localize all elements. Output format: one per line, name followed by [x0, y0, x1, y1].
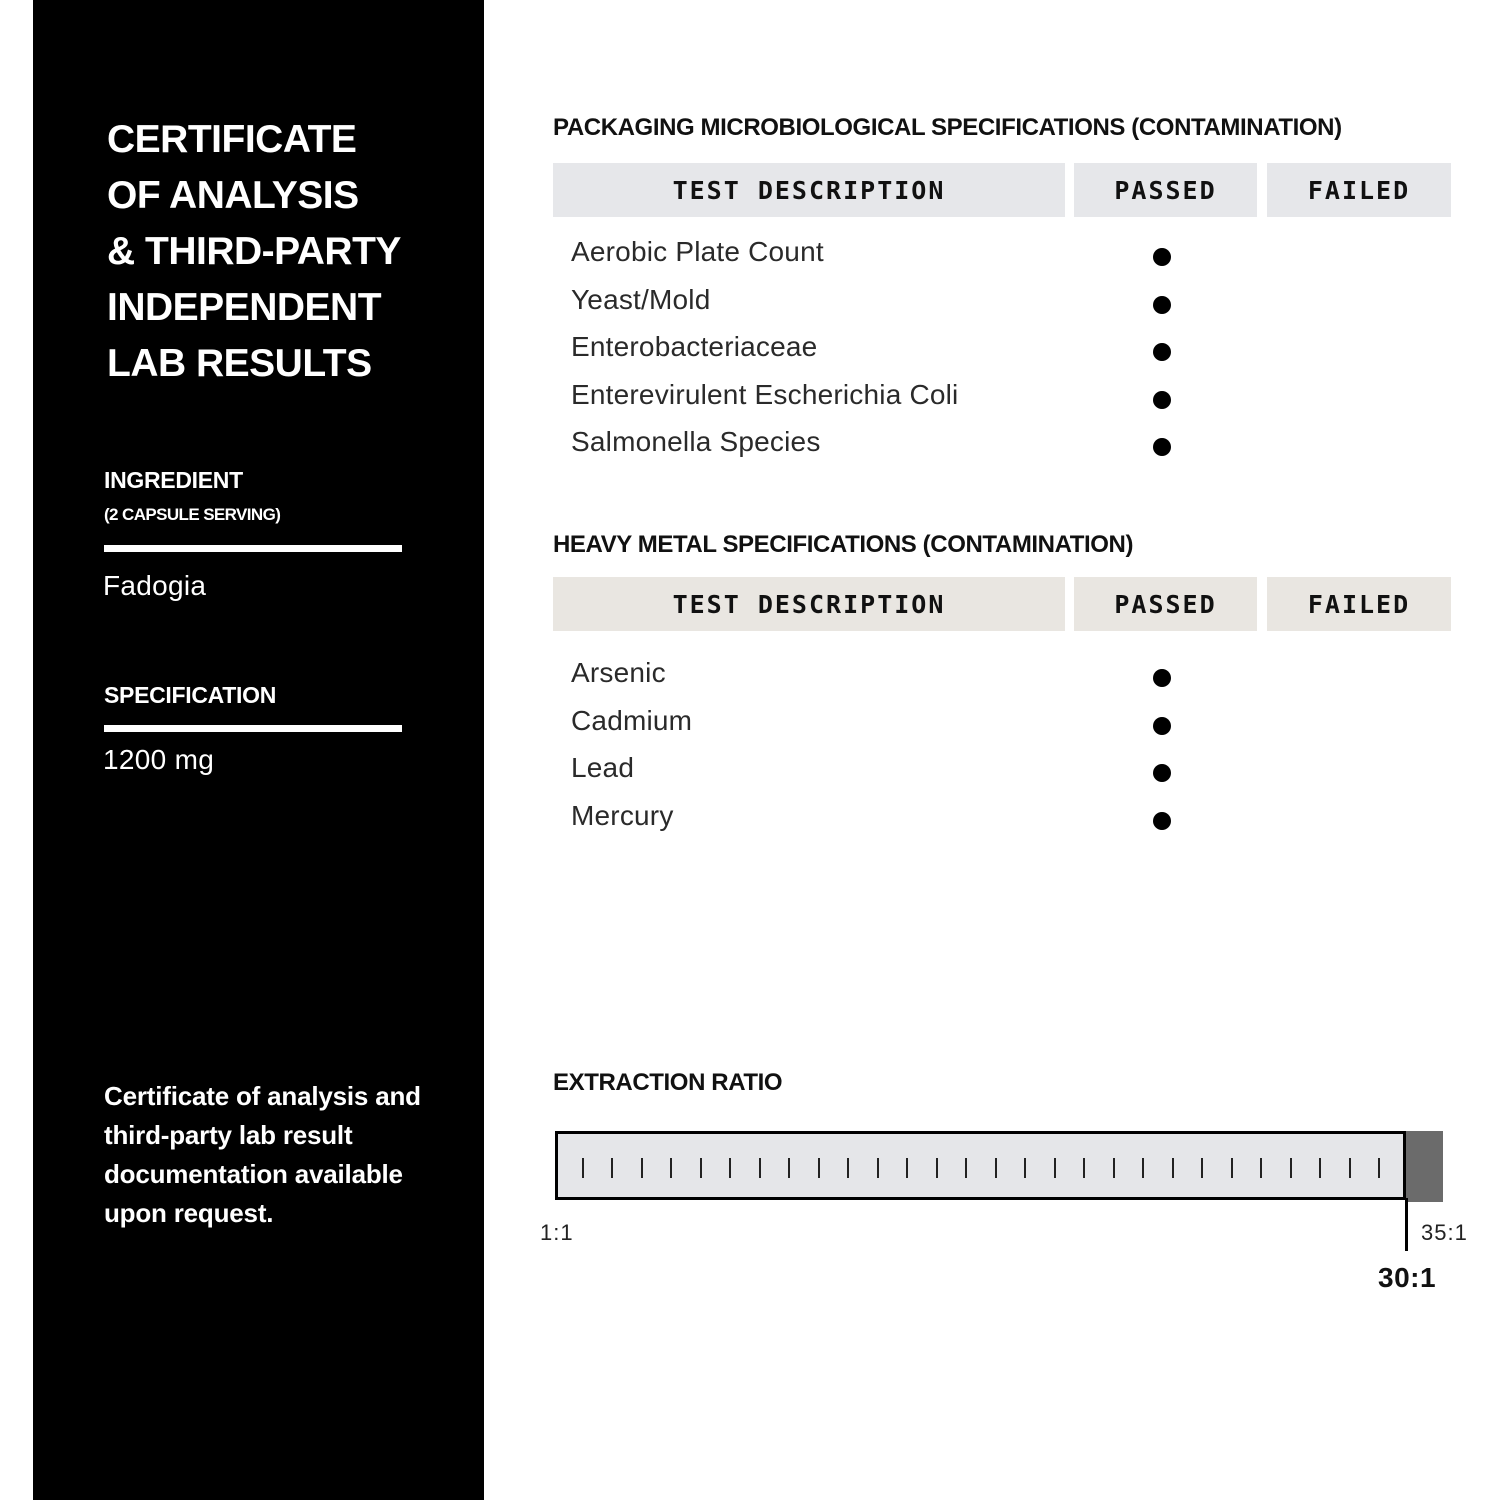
gauge-tick	[1201, 1158, 1203, 1178]
heavy-metal-title: HEAVY METAL SPECIFICATIONS (CONTAMINATIO…	[553, 531, 1133, 559]
table-row: Salmonella Species	[571, 426, 1451, 466]
table-row: Enterobacteriaceae	[571, 331, 1451, 371]
column-failed: FAILED	[1267, 577, 1451, 631]
current-ratio-label: 30:1	[1378, 1262, 1436, 1294]
microbiological-table-header: TEST DESCRIPTION PASSED FAILED	[553, 163, 1451, 217]
column-failed: FAILED	[1267, 163, 1451, 217]
extraction-ratio-gauge	[555, 1131, 1406, 1200]
ingredient-label: INGREDIENT	[104, 467, 243, 494]
extraction-ratio-title: EXTRACTION RATIO	[553, 1069, 782, 1097]
table-row: Mercury	[571, 800, 1451, 840]
passed-dot-icon	[1153, 812, 1171, 830]
passed-dot-icon	[1153, 669, 1171, 687]
test-name: Cadmium	[571, 705, 692, 737]
availability-note: Certificate of analysis and third-party …	[104, 1077, 434, 1233]
gauge-tick	[847, 1158, 849, 1178]
column-test-description: TEST DESCRIPTION	[553, 163, 1065, 217]
gauge-tick	[1083, 1158, 1085, 1178]
passed-dot-icon	[1153, 717, 1171, 735]
table-row: Enterevirulent Escherichia Coli	[571, 379, 1451, 419]
table-row: Cadmium	[571, 705, 1451, 745]
ingredient-sublabel: (2 CAPSULE SERVING)	[104, 505, 280, 525]
gauge-tick	[670, 1158, 672, 1178]
table-row: Arsenic	[571, 657, 1451, 697]
heavy-metal-table-header: TEST DESCRIPTION PASSED FAILED	[553, 577, 1451, 631]
gauge-tick	[1142, 1158, 1144, 1178]
gauge-tick	[995, 1158, 997, 1178]
gauge-tick	[1260, 1158, 1262, 1178]
sidebar-panel: CERTIFICATE OF ANALYSIS & THIRD-PARTY IN…	[33, 0, 484, 1500]
gauge-tick	[1319, 1158, 1321, 1178]
gauge-tick	[759, 1158, 761, 1178]
test-name: Enterevirulent Escherichia Coli	[571, 379, 958, 411]
passed-dot-icon	[1153, 391, 1171, 409]
test-name: Salmonella Species	[571, 426, 821, 458]
gauge-tick	[1231, 1158, 1233, 1178]
test-name: Lead	[571, 752, 634, 784]
gauge-tick	[936, 1158, 938, 1178]
gauge-tick	[641, 1158, 643, 1178]
test-name: Yeast/Mold	[571, 284, 711, 316]
gauge-tick	[1378, 1158, 1380, 1178]
gauge-tick	[1349, 1158, 1351, 1178]
gauge-tick	[729, 1158, 731, 1178]
divider	[104, 545, 402, 552]
specification-value: 1200 mg	[103, 744, 214, 776]
current-ratio-marker	[1405, 1198, 1408, 1251]
gauge-tick	[1172, 1158, 1174, 1178]
gauge-tick	[582, 1158, 584, 1178]
gauge-tick	[877, 1158, 879, 1178]
gauge-tick	[700, 1158, 702, 1178]
gauge-tick	[906, 1158, 908, 1178]
max-ratio-label: 35:1	[1421, 1220, 1468, 1246]
table-row: Aerobic Plate Count	[571, 236, 1451, 276]
gauge-tick	[1290, 1158, 1292, 1178]
gauge-tick	[1024, 1158, 1026, 1178]
table-row: Lead	[571, 752, 1451, 792]
passed-dot-icon	[1153, 764, 1171, 782]
gauge-tick	[965, 1158, 967, 1178]
table-row: Yeast/Mold	[571, 284, 1451, 324]
gauge-tick	[818, 1158, 820, 1178]
specification-label: SPECIFICATION	[104, 682, 276, 709]
test-name: Enterobacteriaceae	[571, 331, 817, 363]
passed-dot-icon	[1153, 296, 1171, 314]
passed-dot-icon	[1153, 248, 1171, 266]
ingredient-value: Fadogia	[103, 570, 206, 602]
gauge-tick	[1113, 1158, 1115, 1178]
passed-dot-icon	[1153, 438, 1171, 456]
passed-dot-icon	[1153, 343, 1171, 361]
test-name: Aerobic Plate Count	[571, 236, 824, 268]
microbiological-title: PACKAGING MICROBIOLOGICAL SPECIFICATIONS…	[553, 114, 1342, 142]
gauge-tick	[1054, 1158, 1056, 1178]
min-ratio-label: 1:1	[540, 1220, 574, 1246]
column-passed: PASSED	[1074, 163, 1257, 217]
test-name: Mercury	[571, 800, 674, 832]
gauge-tick	[788, 1158, 790, 1178]
document-title: CERTIFICATE OF ANALYSIS & THIRD-PARTY IN…	[107, 112, 401, 392]
divider	[104, 725, 402, 732]
gauge-tick	[611, 1158, 613, 1178]
column-test-description: TEST DESCRIPTION	[553, 577, 1065, 631]
column-passed: PASSED	[1074, 577, 1257, 631]
gauge-remaining	[1406, 1131, 1443, 1202]
test-name: Arsenic	[571, 657, 666, 689]
